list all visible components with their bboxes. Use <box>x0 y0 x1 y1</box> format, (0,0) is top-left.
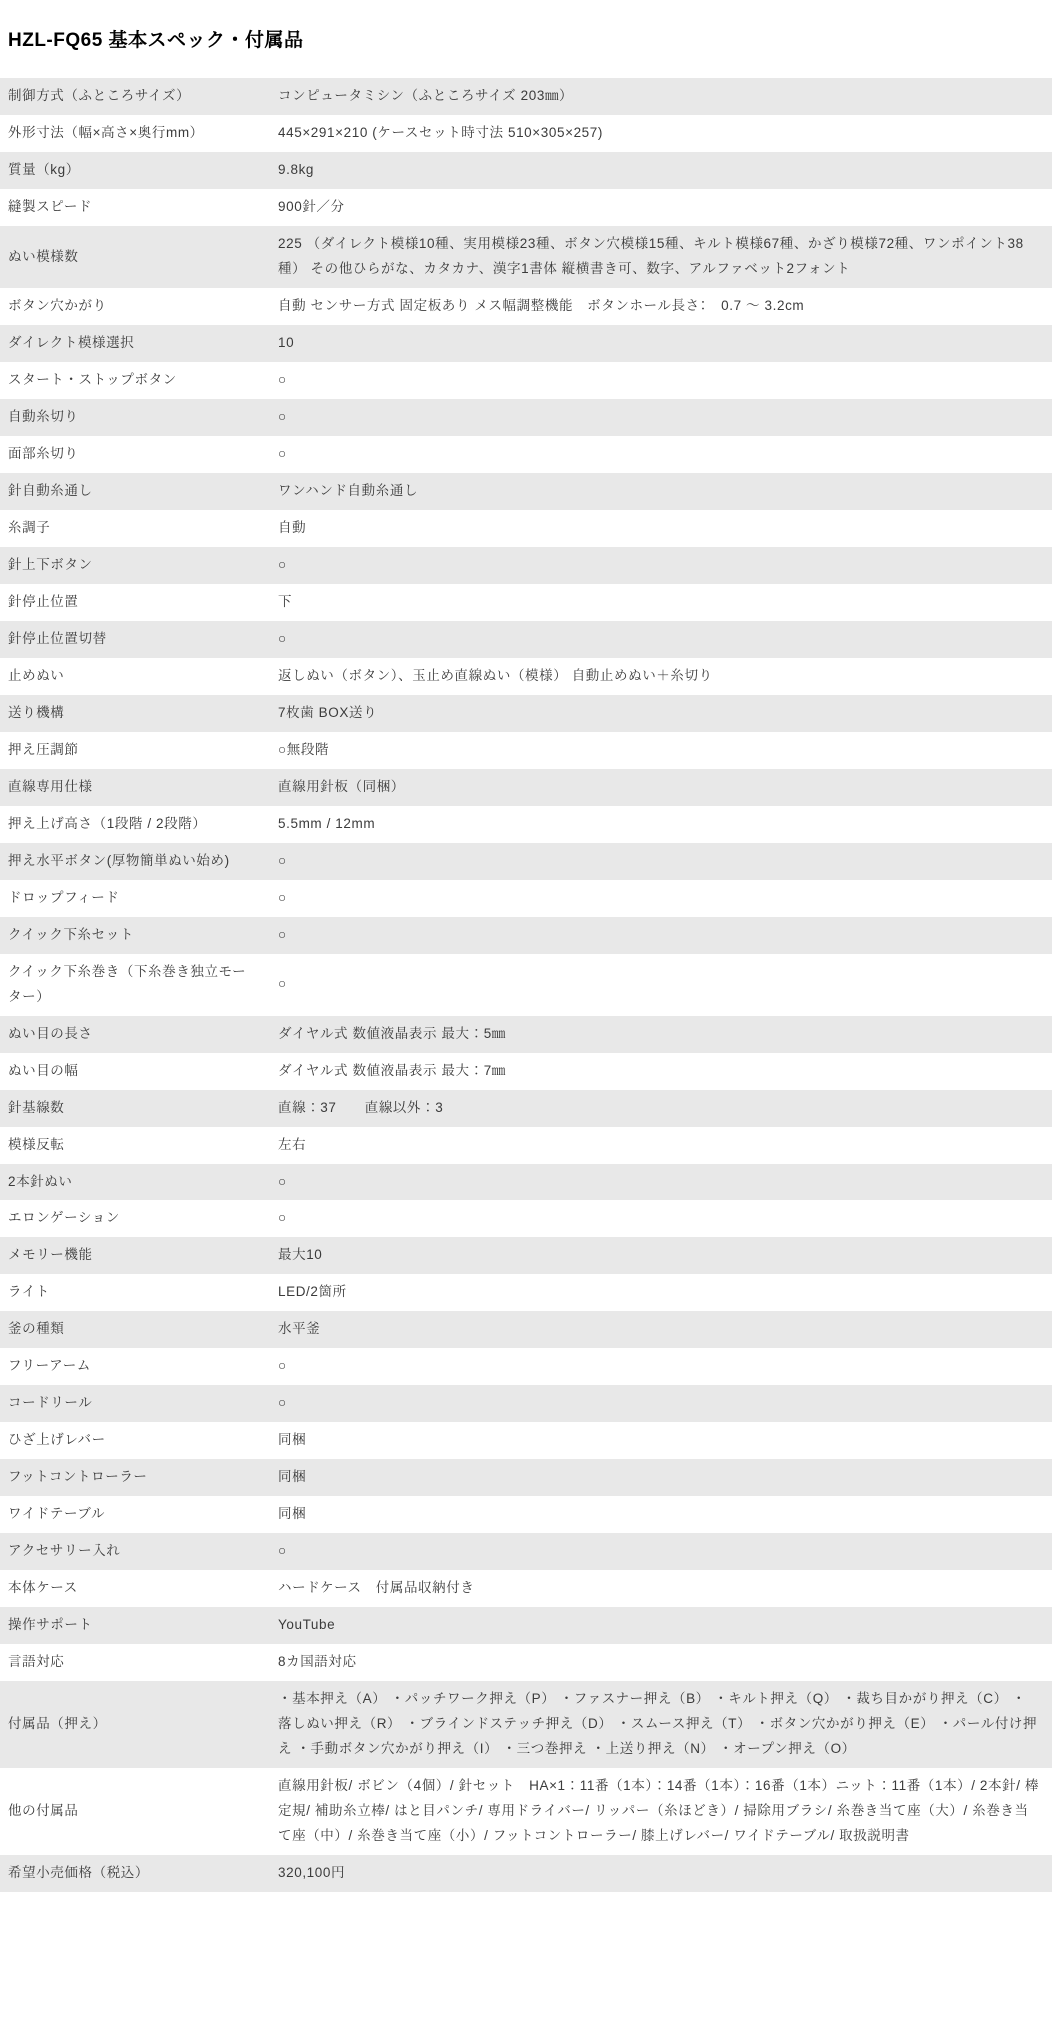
spec-value: ダイヤル式 数値液晶表示 最大：5㎜ <box>270 1016 1052 1053</box>
spec-label: 針停止位置切替 <box>0 621 270 658</box>
spec-label: 止めぬい <box>0 658 270 695</box>
spec-label: 付属品（押え） <box>0 1706 270 1743</box>
table-row: クイック下糸巻き（下糸巻き独立モーター） ○ <box>0 954 1052 1016</box>
table-row: コードリール ○ <box>0 1385 1052 1422</box>
table-row: 自動糸切り ○ <box>0 399 1052 436</box>
table-row: エロンゲーション ○ <box>0 1200 1052 1237</box>
table-row: 2本針ぬい ○ <box>0 1164 1052 1201</box>
spec-label: 針自動糸通し <box>0 473 270 510</box>
spec-value: ○ <box>270 547 1052 584</box>
table-row: アクセサリー入れ ○ <box>0 1533 1052 1570</box>
spec-label: 本体ケース <box>0 1570 270 1607</box>
spec-value: 返しぬい（ボタン）、玉止め直線ぬい（模様） 自動止めぬい＋糸切り <box>270 658 1052 695</box>
table-row: スタート・ストップボタン ○ <box>0 362 1052 399</box>
table-row: メモリー機能 最大10 <box>0 1237 1052 1274</box>
table-row: ひざ上げレバー 同梱 <box>0 1422 1052 1459</box>
spec-value: ○ <box>270 880 1052 917</box>
spec-value: 225 （ダイレクト模様10種、実用模様23種、ボタン穴模様15種、キルト模様6… <box>270 226 1052 288</box>
spec-value: 下 <box>270 584 1052 621</box>
spec-label: 模様反転 <box>0 1127 270 1164</box>
spec-label: 外形寸法（幅×高さ×奥行mm） <box>0 115 270 152</box>
spec-value: 最大10 <box>270 1237 1052 1274</box>
spec-value: LED/2箇所 <box>270 1274 1052 1311</box>
spec-label: 針上下ボタン <box>0 547 270 584</box>
table-row: 針自動糸通し ワンハンド自動糸通し <box>0 473 1052 510</box>
spec-value: 445×291×210 (ケースセット時寸法 510×305×257) <box>270 115 1052 152</box>
spec-value: ○ <box>270 621 1052 658</box>
table-row: フリーアーム ○ <box>0 1348 1052 1385</box>
spec-label: エロンゲーション <box>0 1200 270 1237</box>
table-row: 針基線数 直線：37 直線以外：3 <box>0 1090 1052 1127</box>
spec-value: 8カ国語対応 <box>270 1644 1052 1681</box>
table-row: 外形寸法（幅×高さ×奥行mm） 445×291×210 (ケースセット時寸法 5… <box>0 115 1052 152</box>
table-row: 針停止位置 下 <box>0 584 1052 621</box>
table-row: 糸調子 自動 <box>0 510 1052 547</box>
spec-value: ○ <box>270 362 1052 399</box>
spec-label: 操作サポート <box>0 1607 270 1644</box>
table-row: 制御方式（ふところサイズ） コンピュータミシン（ふところサイズ 203㎜） <box>0 78 1052 115</box>
table-row: 言語対応 8カ国語対応 <box>0 1644 1052 1681</box>
spec-value: ○ <box>270 1200 1052 1237</box>
table-row: 押え圧調節 ○無段階 <box>0 732 1052 769</box>
spec-label: 縫製スピード <box>0 189 270 226</box>
spec-label: フリーアーム <box>0 1348 270 1385</box>
spec-label: 針停止位置 <box>0 584 270 621</box>
spec-value: ○ <box>270 917 1052 954</box>
spec-value: 水平釜 <box>270 1311 1052 1348</box>
spec-label: ぬい目の長さ <box>0 1016 270 1053</box>
table-row: 縫製スピード 900針／分 <box>0 189 1052 226</box>
spec-label: 制御方式（ふところサイズ） <box>0 78 270 115</box>
spec-label: 押え圧調節 <box>0 732 270 769</box>
spec-label: 他の付属品 <box>0 1793 270 1830</box>
spec-value: ○ <box>270 399 1052 436</box>
spec-label: スタート・ストップボタン <box>0 362 270 399</box>
spec-label: ぬい模様数 <box>0 239 270 276</box>
table-row: 釜の種類 水平釜 <box>0 1311 1052 1348</box>
spec-value: 同梱 <box>270 1422 1052 1459</box>
spec-table: 制御方式（ふところサイズ） コンピュータミシン（ふところサイズ 203㎜） 外形… <box>0 78 1052 1891</box>
spec-value: 自動 <box>270 510 1052 547</box>
spec-value: 直線用針板（同梱） <box>270 769 1052 806</box>
spec-label: 押え水平ボタン(厚物簡単ぬい始め) <box>0 843 270 880</box>
spec-value: ハードケース 付属品収納付き <box>270 1570 1052 1607</box>
spec-value: 直線用針板/ ボビン（4個）/ 針セット HA×1：11番（1本）：14番（1本… <box>270 1768 1052 1855</box>
spec-label: ボタン穴かがり <box>0 288 270 325</box>
table-row: 押え上げ高さ（1段階 / 2段階） 5.5mm / 12mm <box>0 806 1052 843</box>
spec-label: アクセサリー入れ <box>0 1533 270 1570</box>
spec-label: クイック下糸セット <box>0 917 270 954</box>
spec-label: フットコントローラー <box>0 1459 270 1496</box>
table-row: ボタン穴かがり 自動 センサー方式 固定板あり メス幅調整機能 ボタンホール長さ… <box>0 288 1052 325</box>
spec-value: ○ <box>270 843 1052 880</box>
spec-label: 釜の種類 <box>0 1311 270 1348</box>
table-row: 面部糸切り ○ <box>0 436 1052 473</box>
spec-value: 320,100円 <box>270 1855 1052 1892</box>
spec-label: 押え上げ高さ（1段階 / 2段階） <box>0 806 270 843</box>
spec-value: 同梱 <box>270 1459 1052 1496</box>
spec-label: コードリール <box>0 1385 270 1422</box>
spec-value: ○ <box>270 1533 1052 1570</box>
spec-value: 自動 センサー方式 固定板あり メス幅調整機能 ボタンホール長さ： 0.7 ～ … <box>270 288 1052 325</box>
spec-label: ダイレクト模様選択 <box>0 325 270 362</box>
spec-label: ライト <box>0 1274 270 1311</box>
spec-value: ワンハンド自動糸通し <box>270 473 1052 510</box>
spec-value: ダイヤル式 数値液晶表示 最大：7㎜ <box>270 1053 1052 1090</box>
table-row: ぬい模様数 225 （ダイレクト模様10種、実用模様23種、ボタン穴模様15種、… <box>0 226 1052 288</box>
table-row: ライト LED/2箇所 <box>0 1274 1052 1311</box>
table-row: 送り機構 7枚歯 BOX送り <box>0 695 1052 732</box>
spec-label: 自動糸切り <box>0 399 270 436</box>
table-row: ドロップフィード ○ <box>0 880 1052 917</box>
table-row: 付属品（押え） ・基本押え（A） ・パッチワーク押え（P） ・ファスナー押え（B… <box>0 1681 1052 1768</box>
spec-value: 7枚歯 BOX送り <box>270 695 1052 732</box>
spec-value: 同梱 <box>270 1496 1052 1533</box>
spec-label: ぬい目の幅 <box>0 1053 270 1090</box>
spec-label: ドロップフィード <box>0 880 270 917</box>
spec-label: 直線専用仕様 <box>0 769 270 806</box>
table-row: ワイドテーブル 同梱 <box>0 1496 1052 1533</box>
table-row: 止めぬい 返しぬい（ボタン）、玉止め直線ぬい（模様） 自動止めぬい＋糸切り <box>0 658 1052 695</box>
table-row: ぬい目の幅 ダイヤル式 数値液晶表示 最大：7㎜ <box>0 1053 1052 1090</box>
spec-value: 直線：37 直線以外：3 <box>270 1090 1052 1127</box>
spec-label: 送り機構 <box>0 695 270 732</box>
spec-value: ○ <box>270 1348 1052 1385</box>
spec-label: 希望小売価格（税込） <box>0 1855 270 1892</box>
spec-label: 言語対応 <box>0 1644 270 1681</box>
spec-value: ○ <box>270 966 1052 1003</box>
table-row: 質量（kg） 9.8kg <box>0 152 1052 189</box>
spec-label: ひざ上げレバー <box>0 1422 270 1459</box>
table-row: フットコントローラー 同梱 <box>0 1459 1052 1496</box>
table-row: 操作サポート YouTube <box>0 1607 1052 1644</box>
spec-label: ワイドテーブル <box>0 1496 270 1533</box>
spec-value: ○無段階 <box>270 732 1052 769</box>
page-title: HZL-FQ65 基本スペック・付属品 <box>0 13 1052 66</box>
spec-value: YouTube <box>270 1607 1052 1644</box>
spec-value: ○ <box>270 436 1052 473</box>
table-row: 押え水平ボタン(厚物簡単ぬい始め) ○ <box>0 843 1052 880</box>
spec-label: 2本針ぬい <box>0 1164 270 1201</box>
spec-value: ○ <box>270 1385 1052 1422</box>
spec-value: ○ <box>270 1164 1052 1201</box>
spec-value: 左右 <box>270 1127 1052 1164</box>
spec-value: ・基本押え（A） ・パッチワーク押え（P） ・ファスナー押え（B） ・キルト押え… <box>270 1681 1052 1768</box>
table-row: ダイレクト模様選択 10 <box>0 325 1052 362</box>
spec-value: コンピュータミシン（ふところサイズ 203㎜） <box>270 78 1052 115</box>
table-row: 針上下ボタン ○ <box>0 547 1052 584</box>
spec-label: 糸調子 <box>0 510 270 547</box>
spec-value: 9.8kg <box>270 152 1052 189</box>
table-row: 針停止位置切替 ○ <box>0 621 1052 658</box>
spec-value: 900針／分 <box>270 189 1052 226</box>
spec-label: 面部糸切り <box>0 436 270 473</box>
spec-value: 5.5mm / 12mm <box>270 806 1052 843</box>
table-row: ぬい目の長さ ダイヤル式 数値液晶表示 最大：5㎜ <box>0 1016 1052 1053</box>
spec-label: クイック下糸巻き（下糸巻き独立モーター） <box>0 954 270 1016</box>
spec-page: HZL-FQ65 基本スペック・付属品 制御方式（ふところサイズ） コンピュータ… <box>0 13 1052 1892</box>
spec-label: 針基線数 <box>0 1090 270 1127</box>
table-row: 模様反転 左右 <box>0 1127 1052 1164</box>
table-row: 他の付属品 直線用針板/ ボビン（4個）/ 針セット HA×1：11番（1本）：… <box>0 1768 1052 1855</box>
spec-label: 質量（kg） <box>0 152 270 189</box>
spec-value: 10 <box>270 325 1052 362</box>
spec-label: メモリー機能 <box>0 1237 270 1274</box>
table-row: クイック下糸セット ○ <box>0 917 1052 954</box>
table-row: 直線専用仕様 直線用針板（同梱） <box>0 769 1052 806</box>
table-row: 本体ケース ハードケース 付属品収納付き <box>0 1570 1052 1607</box>
table-row: 希望小売価格（税込） 320,100円 <box>0 1855 1052 1892</box>
